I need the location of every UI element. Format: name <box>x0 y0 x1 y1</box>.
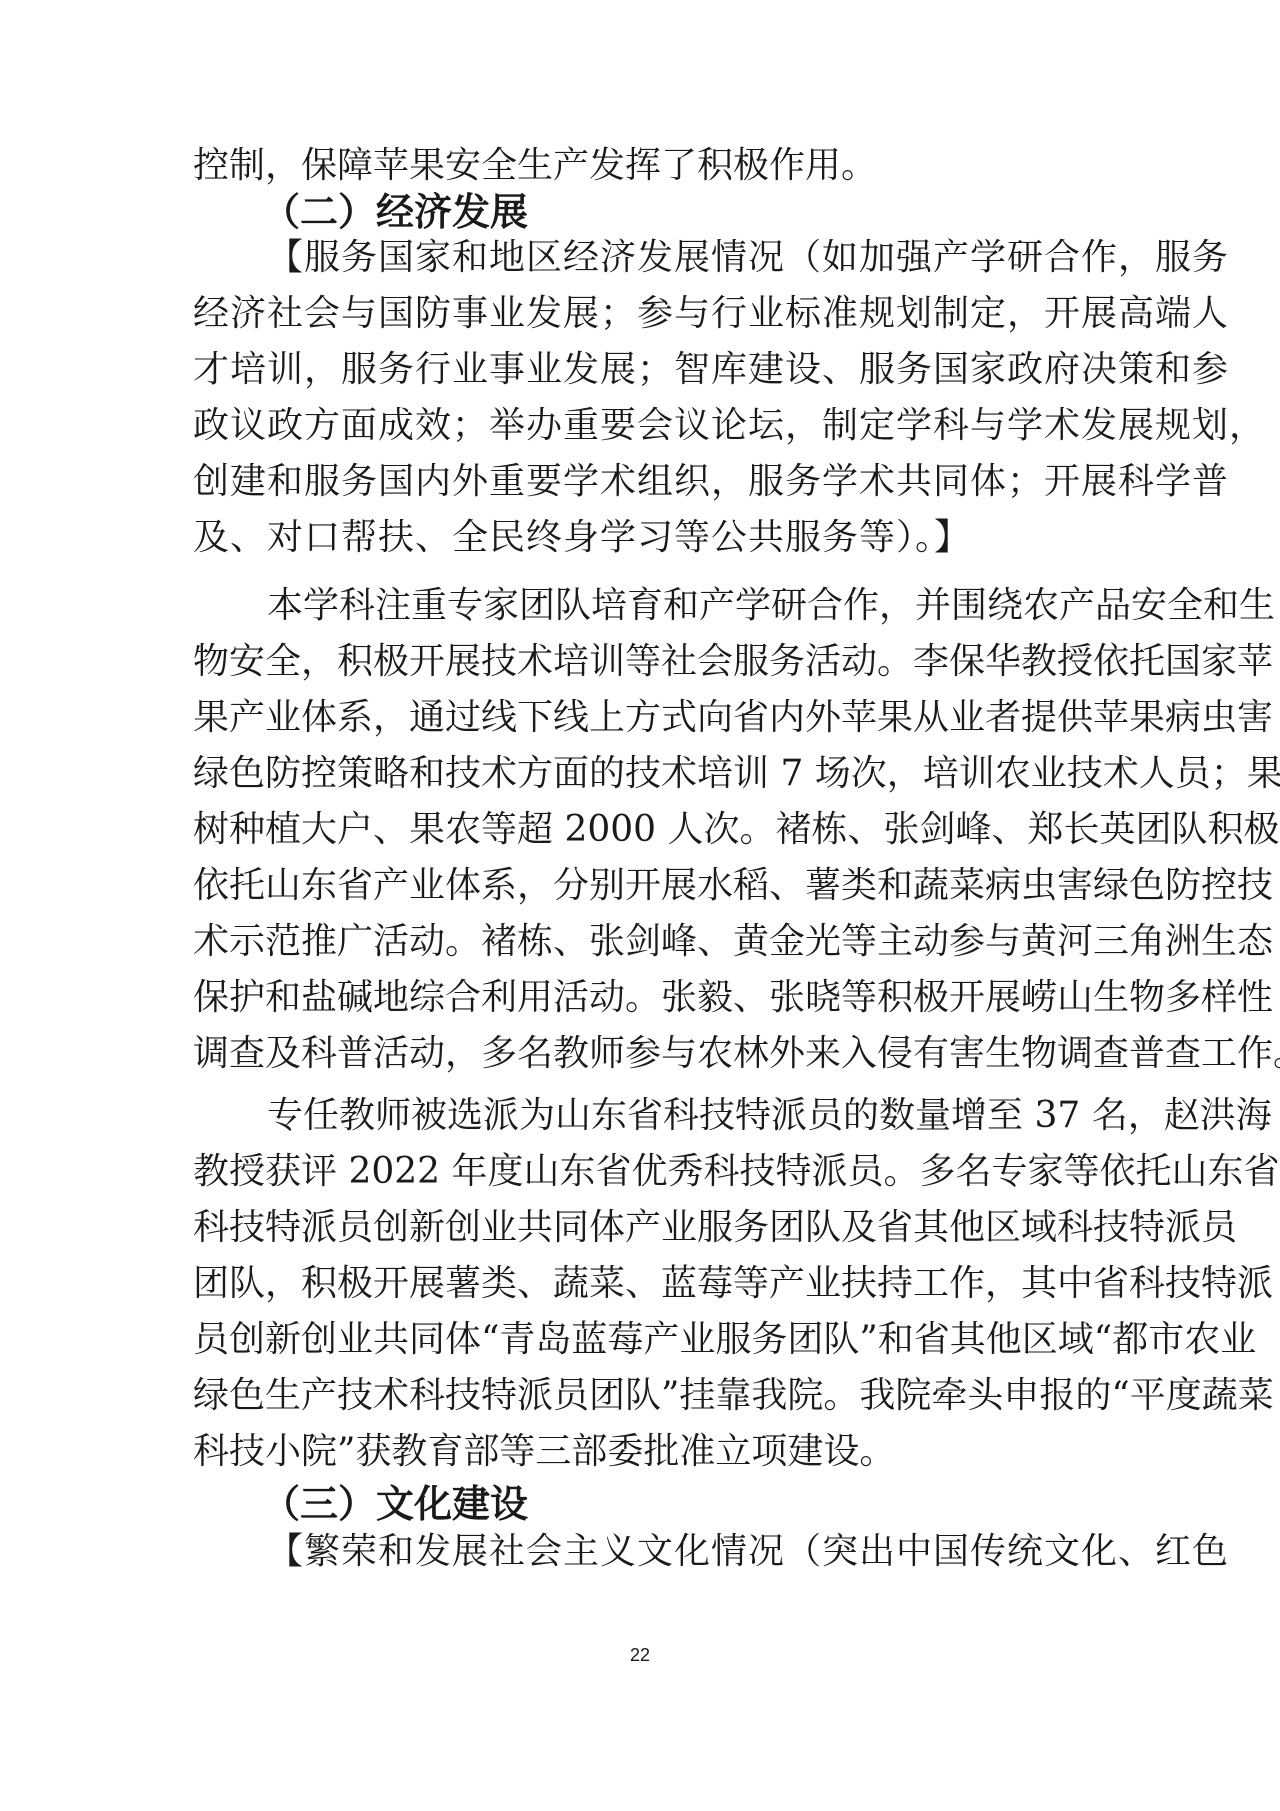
body-line: 科技特派员创新创业共同体产业服务团队及省其他区域科技特派员 <box>193 1208 1088 1248</box>
guide-line: 【繁荣和发展社会主义文化情况（突出中国传统文化、红色 <box>267 1532 1088 1572</box>
guide-line: 才培训，服务行业事业发展；智库建设、服务国家政府决策和参 <box>193 350 1088 390</box>
body-line: 科技小院”获教育部等三部委批准立项建设。 <box>193 1432 1088 1472</box>
body-line: 绿色防控策略和技术方面的技术培训 7 场次，培训农业技术人员；果 <box>193 754 1088 794</box>
body-line: 果产业体系，通过线下线上方式向省内外苹果从业者提供苹果病虫害 <box>193 698 1088 738</box>
body-line: 物安全，积极开展技术培训等社会服务活动。李保华教授依托国家苹 <box>193 642 1088 682</box>
guide-line: 创建和服务国内外重要学术组织，服务学术共同体；开展科学普 <box>193 462 1088 502</box>
guide-line: 经济社会与国防事业发展；参与行业标准规划制定，开展高端人 <box>193 294 1088 334</box>
body-line: 专任教师被选派为山东省科技特派员的数量增至 37 名，赵洪海 <box>267 1096 1088 1136</box>
body-line: 树种植大户、果农等超 2000 人次。褚栋、张剑峰、郑长英团队积极 <box>193 810 1088 850</box>
page-number: 22 <box>0 1645 1280 1665</box>
body-line: 术示范推广活动。褚栋、张剑峰、黄金光等主动参与黄河三角洲生态 <box>193 922 1088 962</box>
body-line: 员创新创业共同体“青岛蓝莓产业服务团队”和省其他区域“都市农业 <box>193 1320 1088 1360</box>
guide-line: 及、对口帮扶、全民终身学习等公共服务等）。】 <box>193 518 1088 558</box>
guide-line: 政议政方面成效；举办重要会议论坛，制定学科与学术发展规划， <box>193 406 1088 446</box>
body-line: 团队，积极开展薯类、蔬菜、蓝莓等产业扶持工作，其中省科技特派 <box>193 1264 1088 1304</box>
document-page: 控制，保障苹果安全生产发挥了积极作用。 （二）经济发展 【服务国家和地区经济发展… <box>0 0 1280 1811</box>
section-heading-cultural-construction: （三）文化建设 <box>262 1482 528 1526</box>
body-line: 保护和盐碱地综合利用活动。张毅、张晓等积极开展崂山生物多样性 <box>193 978 1088 1018</box>
guide-line: 【服务国家和地区经济发展情况（如加强产学研合作，服务 <box>267 238 1088 278</box>
body-line: 调查及科普活动，多名教师参与农林外来入侵有害生物调查普查工作。 <box>193 1034 1088 1074</box>
section-heading-economic-development: （二）经济发展 <box>262 190 528 234</box>
body-line: 依托山东省产业体系，分别开展水稻、薯类和蔬菜病虫害绿色防控技 <box>193 866 1088 906</box>
body-line: 教授获评 2022 年度山东省优秀科技特派员。多名专家等依托山东省 <box>193 1152 1088 1192</box>
body-line: 本学科注重专家团队培育和产学研合作，并围绕农产品安全和生 <box>267 586 1088 626</box>
body-line: 绿色生产技术科技特派员团队”挂靠我院。我院牵头申报的“平度蔬菜 <box>193 1376 1088 1416</box>
body-line: 控制，保障苹果安全生产发挥了积极作用。 <box>193 146 1088 186</box>
